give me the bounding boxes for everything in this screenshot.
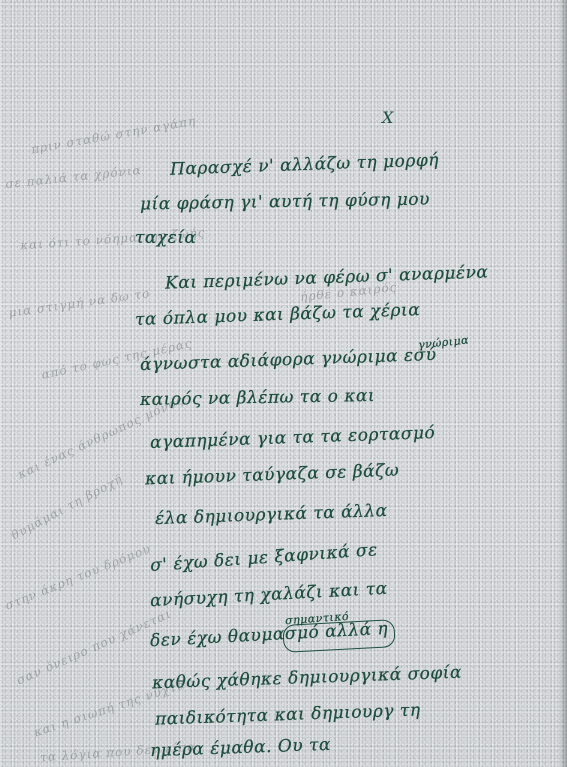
- handwritten-line: και ήμουν ταύγαζα σε βάζω: [145, 461, 400, 490]
- bleed-through-line: σε παλιά τα χρόνια: [5, 163, 143, 191]
- handwritten-line: καιρός να βλέπω τα ο και: [140, 386, 375, 410]
- handwritten-line: καθώς χάθηκε δημιουργικά σοφία: [152, 663, 462, 694]
- bleed-through-line: στην άκρη του δρόμου: [3, 541, 153, 612]
- handwritten-line: τα όπλα μου και βάζω τα χέρια: [135, 300, 421, 330]
- handwritten-line: ημέρα έμαθα. Ου τα: [150, 735, 332, 761]
- page-edge-shadow: [559, 0, 567, 767]
- handwritten-line: ανήσυχη τη χαλάζι και τα: [150, 579, 388, 611]
- header-mark: Χ: [382, 108, 393, 127]
- handwritten-line: μία φράση γι' αυτή τη φύση μου: [140, 189, 430, 214]
- handwritten-line: ταχεία: [135, 228, 196, 248]
- handwritten-line: σ' έχω δει με ξαφνικά σε: [150, 540, 379, 576]
- bleed-through-line: πριν σταθώ στην αγάπη: [30, 114, 197, 157]
- handwritten-line: Παρασχέ ν' αλλάζω τη μορφή: [170, 150, 440, 179]
- manuscript-page: πριν σταθώ στην αγάπη σε παλιά τα χρόνια…: [0, 0, 567, 767]
- bleed-through-line: θυμάμαι τη βροχή: [9, 472, 125, 543]
- handwritten-line: έλα δημιουργικά τα άλλα: [155, 501, 388, 529]
- handwritten-line: αγαπημένα για τα τα εορτασμό: [150, 423, 436, 453]
- bleed-through-line: μια στιγμή να δω το: [8, 286, 151, 320]
- handwritten-line: παιδικότητα και δημιουργ τη: [155, 700, 421, 729]
